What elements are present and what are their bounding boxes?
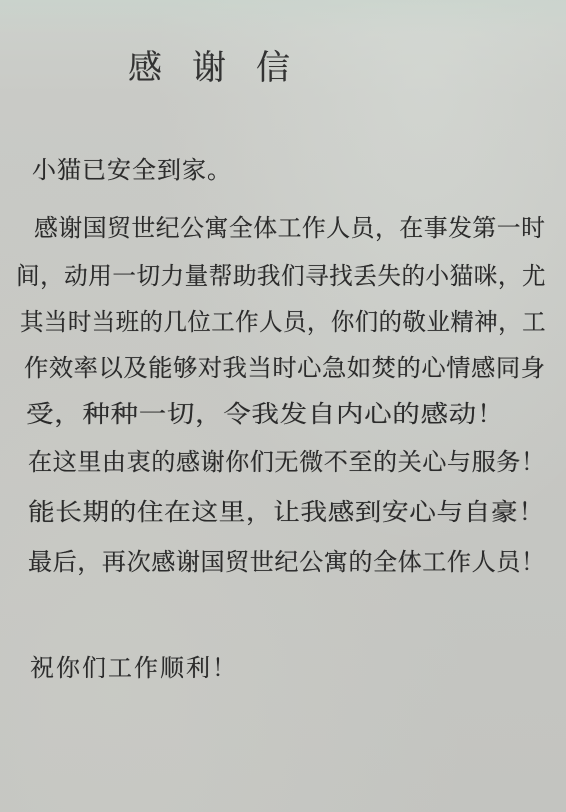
letter-body-line: 能长期的住在这里，让我感到安心与自豪！ [28,492,545,527]
paper-background: 感谢信 小猫已安全到家。 感谢国贸世纪公寓全体工作人员，在事发第一时 间，动用一… [0,0,566,812]
letter-title: 感谢信 [128,40,320,89]
letter-closing: 祝你们工作顺利！ [30,648,238,683]
letter-body-line: 在这里由衷的感谢你们无微不至的关心与服务！ [28,442,545,477]
letter-body-line: 其当时当班的几位工作人员，你们的敬业精神，工 [20,302,546,337]
letter-body-line: 最后，再次感谢国贸世纪公寓的全体工作人员！ [28,542,545,577]
letter-body-line: 感谢国贸世纪公寓全体工作人员，在事发第一时 [34,208,546,243]
letter-body-line: 间，动用一切力量帮助我们寻找丢失的小猫咪，尤 [16,256,546,291]
letter-body-line: 受，种种一切，令我发自内心的感动！ [26,394,505,429]
letter-greeting: 小猫已安全到家。 [32,150,232,185]
letter-body-line: 作效率以及能够对我当时心急如焚的心情感同身 [24,348,545,383]
